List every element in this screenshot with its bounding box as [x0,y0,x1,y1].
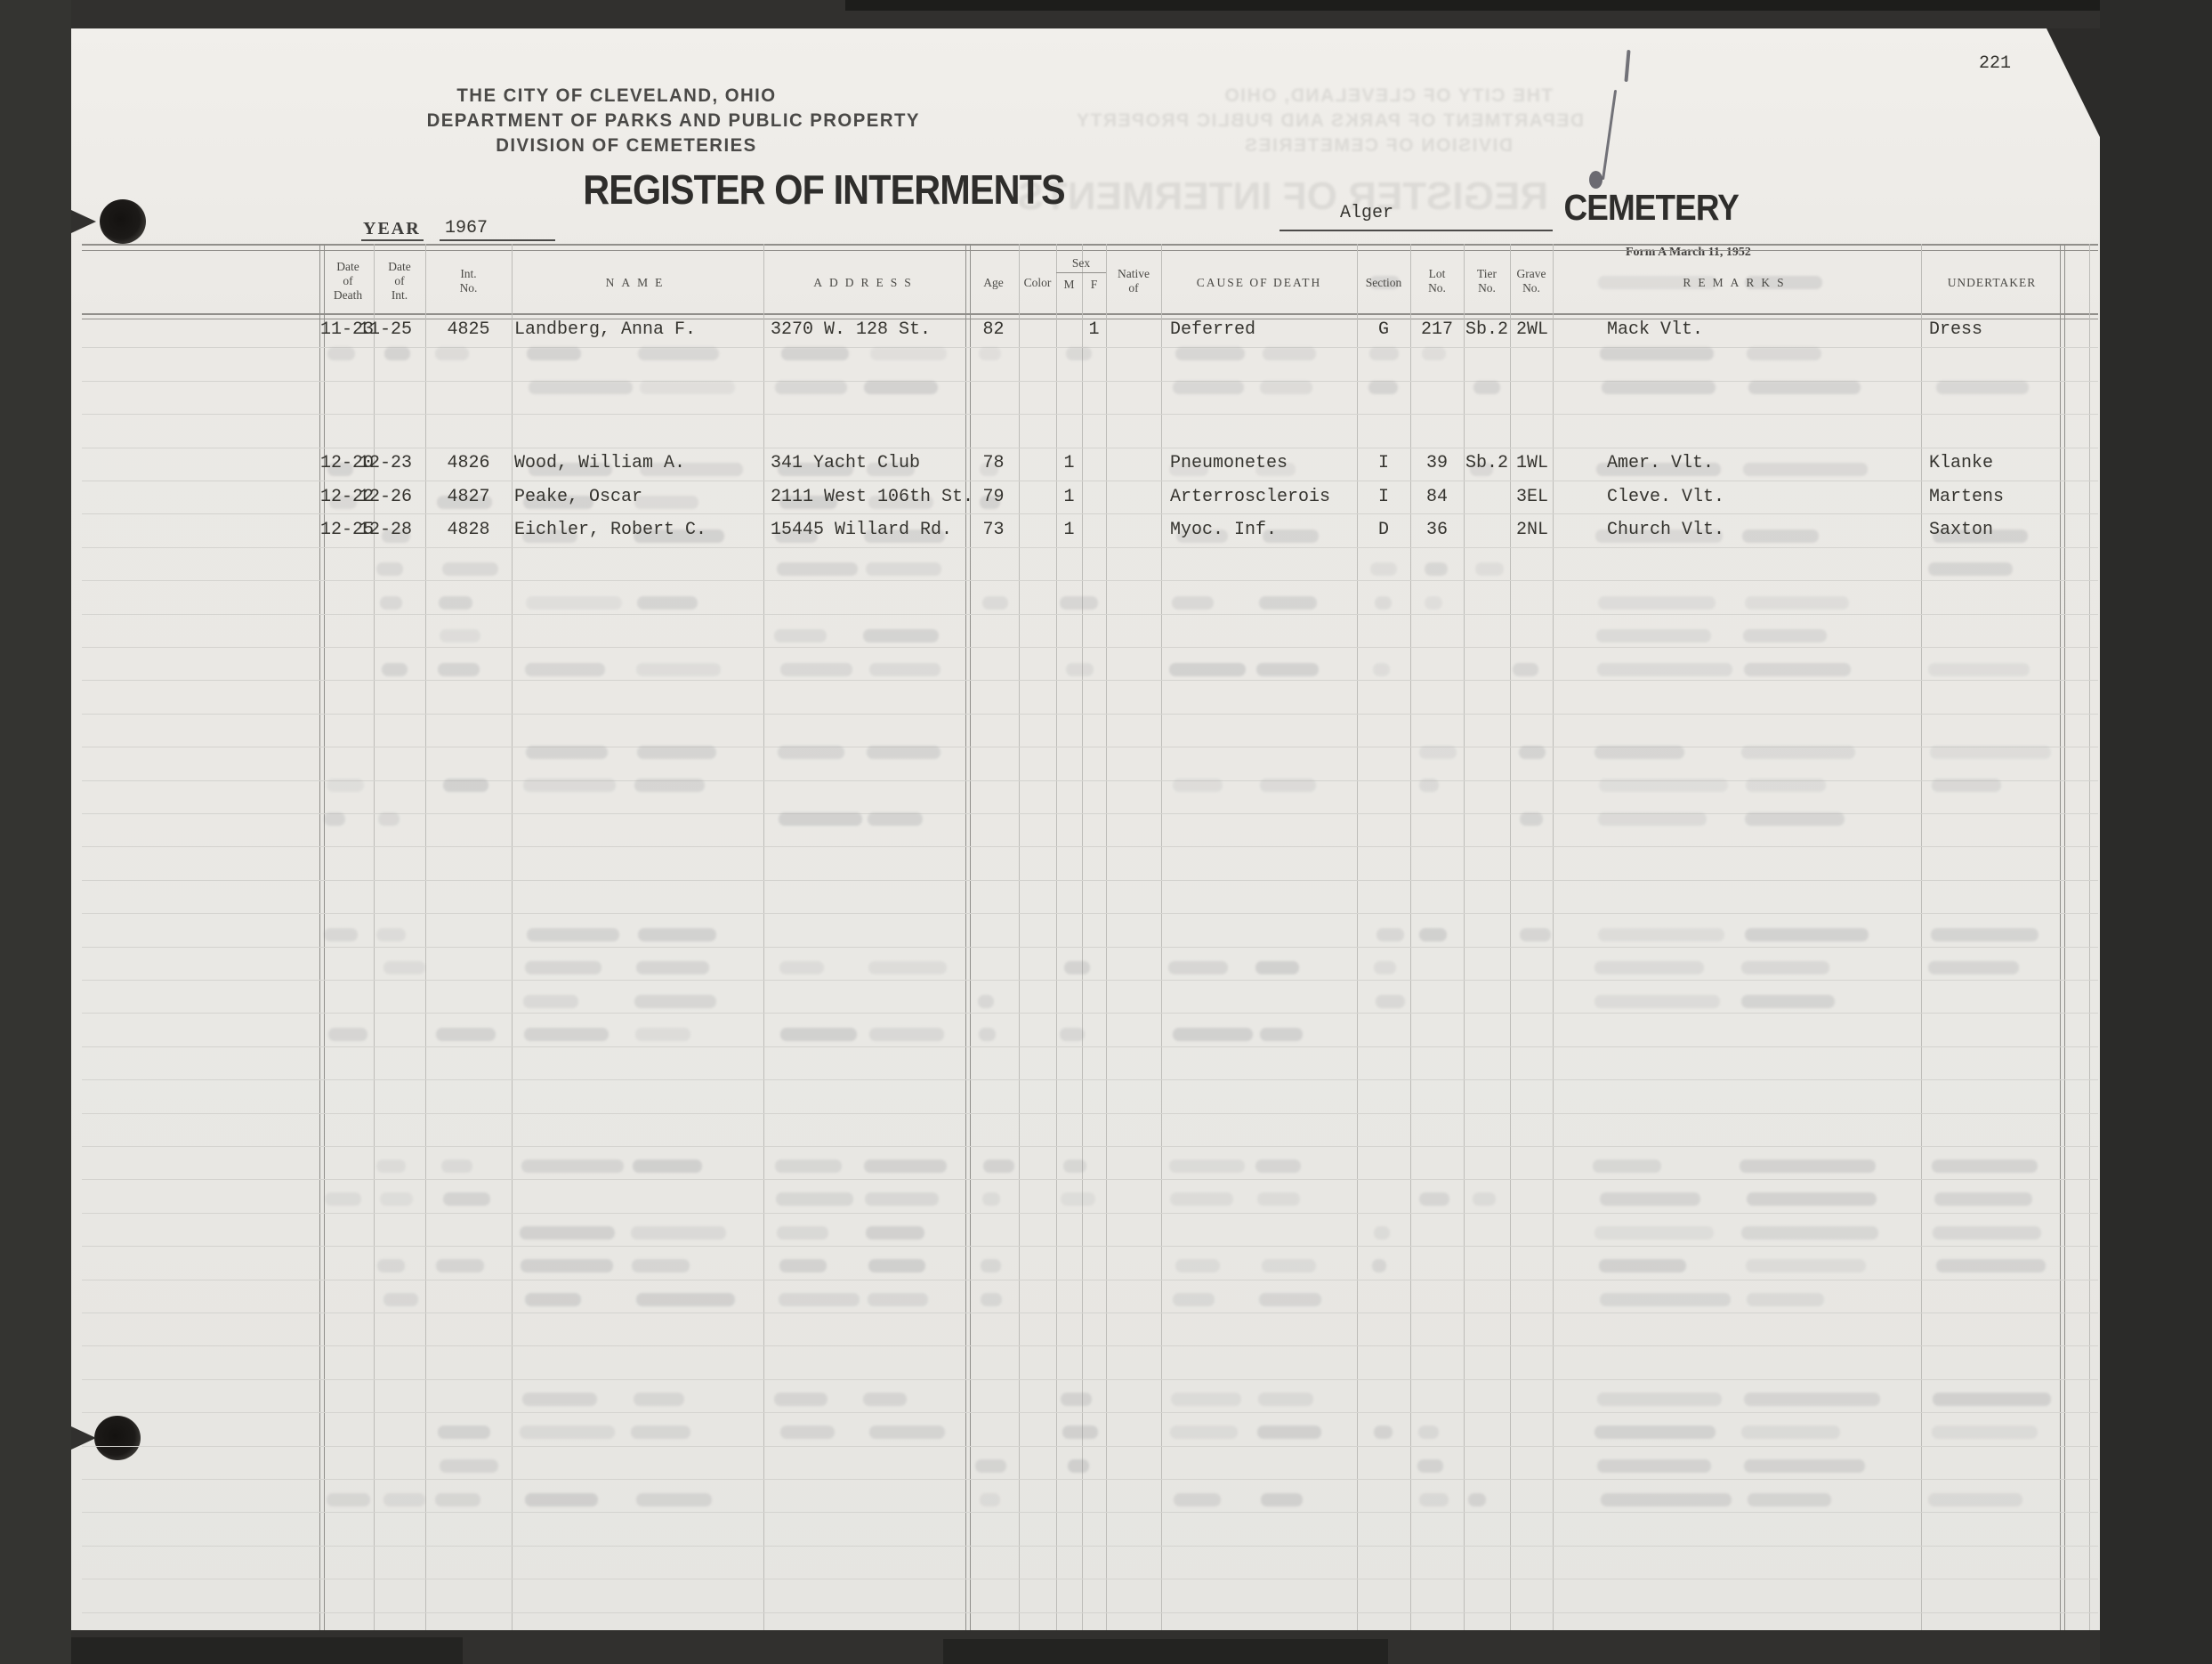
ghost-smudge [1419,779,1439,792]
ghost-smudge [1475,562,1504,576]
ghost-smudge [438,663,480,676]
ghost-smudge [520,1426,615,1439]
ghost-smudge [1170,1426,1238,1439]
cell-int-no: 4826 [425,447,512,481]
ghost-smudge [1601,1493,1732,1506]
ghost-smudge [1936,1259,2046,1272]
cell-undertaker: Martens [1929,481,2063,514]
ghost-smudge [1374,1226,1390,1240]
ghost-smudge [1740,1159,1876,1173]
grid-line [82,1446,2098,1447]
grid-line [82,1579,2098,1579]
grid-line [82,1280,2098,1280]
ghost-smudge [1370,562,1397,576]
cell-int-no: 4825 [425,313,512,347]
ghost-smudge [778,746,844,759]
cell-date-of-int: 11-25 [359,313,421,347]
table-row: 12-22 12-26 4827 Peake, Oscar 2111 West … [0,481,2212,514]
ghost-smudge [383,1493,425,1506]
ghost-smudge [525,961,601,974]
ghost-smudge [637,596,698,610]
grid-line [82,1213,2098,1214]
ghost-smudge [1596,629,1711,642]
ghost-smudge [780,663,852,676]
grid-line [82,647,2098,648]
ghost-agency-line-3: DIVISION OF CEMETERIES [1263,135,1513,157]
ghost-smudge [775,381,847,394]
ghost-smudge [865,1192,939,1206]
ghost-smudge [1933,1393,2051,1406]
head-rule-1a [82,244,2098,246]
cell-name: Eichler, Robert C. [514,513,763,547]
binder-hole-bottom [94,1416,141,1460]
ghost-smudge [1063,1159,1086,1173]
grid-line [82,1612,2098,1613]
ghost-smudge [435,1493,480,1506]
cell-grave-no: 1WL [1510,447,1554,481]
ghost-smudge [1746,779,1826,792]
ghost-smudge [324,928,358,941]
ghost-smudge [636,663,721,676]
column-header-section: Section [1357,276,1410,290]
ghost-smudge [327,347,355,360]
cell-date-of-int: 12-23 [359,447,421,481]
ghost-smudge [981,1293,1002,1306]
ghost-smudge [527,928,619,941]
ghost-smudge [442,562,498,576]
ghost-smudge [1928,663,2030,676]
register-title: REGISTER OF INTERMENTS [583,166,1020,214]
ghost-smudge [1598,812,1707,826]
ghost-smudge [1743,629,1827,642]
ghost-smudge [327,1493,370,1506]
ghost-smudge [527,347,581,360]
ghost-smudge [1594,1226,1714,1240]
ghost-smudge [1932,1426,2038,1439]
ghost-smudge [1255,961,1299,974]
ghost-smudge [1936,381,2029,394]
agency-line-2: DEPARTMENT OF PARKS AND PUBLIC PROPERTY [427,110,807,132]
grid-line [82,913,2098,914]
ghost-smudge [1066,663,1094,676]
ghost-smudge [522,1393,597,1406]
ghost-smudge [869,663,941,676]
ghost-smudge [634,1393,684,1406]
ghost-smudge [1172,596,1214,610]
cell-undertaker: Saxton [1929,513,2063,547]
ghost-smudge [1745,812,1845,826]
cell-date-of-int: 12-28 [359,513,421,547]
ghost-smudge [1369,347,1399,360]
grid-line [82,1479,2098,1480]
cell-tier-no: Sb.2 [1464,313,1510,347]
ghost-smudge [1745,596,1849,610]
ghost-smudge [779,812,862,826]
ghost-smudge [864,381,938,394]
grid-line [82,1412,2098,1413]
grid-line [82,1146,2098,1147]
ghost-smudge [1600,1192,1700,1206]
ghost-smudge [1597,1393,1722,1406]
cell-section: D [1357,513,1410,547]
ghost-smudge [443,779,488,792]
cell-grave-no: 3EL [1510,481,1554,514]
ghost-smudge [1602,381,1716,394]
ghost-smudge [521,1259,613,1272]
ghost-smudge [1168,961,1228,974]
scan-left-band [0,0,71,1664]
ghost-smudge [870,347,947,360]
ghost-smudge [982,1192,1000,1206]
ghost-smudge [435,347,469,360]
ghost-smudge [1744,663,1851,676]
ghost-smudge [521,1159,624,1173]
ghost-smudge [983,1159,1014,1173]
grid-line [82,980,2098,981]
column-header-sex-f: F [1082,278,1106,292]
scan-top-dark-strip [845,0,2212,11]
ghost-smudge [1419,1192,1449,1206]
ghost-smudge [975,1459,1006,1473]
scan-bottom-dark-1 [71,1637,463,1664]
column-header-address: ADDRESS [763,276,968,290]
ghost-smudge [1173,381,1244,394]
cell-tier-no [1464,481,1510,514]
ghost-smudge [774,1393,827,1406]
ghost-smudge [1597,1459,1711,1473]
ghost-smudge [1741,961,1829,974]
ghost-smudge [1061,1393,1092,1406]
ghost-smudge [1594,961,1704,974]
ghost-smudge [1741,1226,1878,1240]
year-label: YEAR [363,219,421,239]
column-header-sex: Sex [1056,256,1106,271]
ghost-smudge [525,1493,598,1506]
cell-age: 78 [968,447,1019,481]
ghost-smudge [383,1293,418,1306]
ghost-smudge [640,381,735,394]
cell-age: 82 [968,313,1019,347]
ghost-smudge [780,1426,835,1439]
cemetery-word: CEMETERY [1564,187,1716,229]
ghost-smudge [523,779,616,792]
ghost-smudge [1928,562,2013,576]
cell-remarks: Amer. Vlt. [1607,447,1909,481]
ghost-smudge [864,1159,947,1173]
ghost-smudge [526,596,622,610]
ghost-smudge [1425,596,1442,610]
ghost-smudge [779,1293,860,1306]
ghost-smudge [1376,928,1404,941]
ghost-smudge [440,629,480,642]
column-header-lot-no: Lot No. [1410,267,1464,295]
ghost-smudge [520,1226,615,1240]
ghost-smudge [981,1259,1001,1272]
ghost-smudge [441,1159,472,1173]
grid-line [82,1313,2098,1313]
ghost-smudge [979,347,1001,360]
ghost-agency-line-1: THE CITY OF CLEVELAND, OHIO [1210,85,1566,107]
grid-line [82,846,2098,847]
cell-sex-m: 1 [1056,481,1082,514]
grid-line [82,1546,2098,1547]
sex-divider-line [1056,272,1106,273]
ghost-smudge [636,1493,712,1506]
column-header-date-of-int: Date of Int. [374,260,425,303]
ghost-smudge [1260,1028,1303,1041]
ghost-smudge [1928,1493,2022,1506]
ghost-smudge [1259,596,1317,610]
ghost-smudge [867,746,941,759]
ghost-smudge [1745,928,1869,941]
ghost-smudge [1060,1028,1085,1041]
grid-line [82,580,2098,581]
column-header-tier-no: Tier No. [1464,267,1510,295]
ghost-agency-line-2: DEPARTMENT OF PARKS AND PUBLIC PROPERTY [1192,110,1584,132]
ghost-smudge [779,1259,827,1272]
head-rule-1b [82,250,2098,251]
ghost-smudge [1261,1493,1303,1506]
ghost-smudge [1171,1393,1241,1406]
ghost-smudge [1741,995,1835,1008]
ghost-smudge [634,779,705,792]
cell-lot-no: 217 [1410,313,1464,347]
ghost-smudge [1417,1459,1443,1473]
column-header-remarks: REMARKS [1553,276,1921,290]
ghost-smudge [633,1159,702,1173]
ghost-smudge [1597,663,1732,676]
year-value: 1967 [445,218,488,238]
table-row: 11-23 11-25 4825 Landberg, Anna F. 3270 … [0,313,2212,347]
ghost-smudge [1175,1259,1220,1272]
ghost-smudge [1741,746,1855,759]
ghost-smudge [1744,1459,1865,1473]
ghost-smudge [777,1226,828,1240]
year-underline-1 [361,239,424,241]
ghost-smudge [1744,1393,1880,1406]
cell-date-of-int: 12-26 [359,481,421,514]
page-number: 221 [1979,53,2011,74]
cell-grave-no: 2NL [1510,513,1554,547]
table-row: 12-25 12-28 4828 Eichler, Robert C. 1544… [0,513,2212,547]
ghost-smudge [1468,1493,1486,1506]
ghost-smudge [638,928,716,941]
column-header-age: Age [968,276,1019,290]
ghost-smudge [436,1259,484,1272]
ghost-smudge [1062,1426,1098,1439]
ghost-smudge [1748,1493,1831,1506]
cell-name: Wood, William A. [514,447,763,481]
ghost-smudge [1520,812,1543,826]
ghost-smudge [1931,928,2038,941]
ghost-smudge [384,347,410,360]
grid-line [82,947,2098,948]
cell-name: Peake, Oscar [514,481,763,514]
cell-cause-of-death: Pneumonetes [1170,447,1361,481]
ghost-smudge [868,961,947,974]
ghost-smudge [525,1293,581,1306]
cell-remarks: Cleve. Vlt. [1607,481,1909,514]
ghost-smudge [1066,347,1092,360]
ghost-smudge [866,562,941,576]
ghost-smudge [1419,1493,1449,1506]
grid-line [82,1046,2098,1047]
ghost-smudge [1419,746,1457,759]
ghost-smudge [631,1426,690,1439]
ghost-smudge [526,746,608,759]
ghost-smudge [436,1028,496,1041]
cell-section: G [1357,313,1410,347]
ghost-smudge [438,1426,490,1439]
ghost-smudge [982,596,1008,610]
ghost-smudge [377,1259,405,1272]
ghost-smudge [523,995,578,1008]
cell-age: 73 [968,513,1019,547]
ghost-smudge [1262,1259,1316,1272]
ghost-smudge [868,1293,928,1306]
ghost-smudge [636,1293,735,1306]
agency-line-1: THE CITY OF CLEVELAND, OHIO [444,85,789,107]
ghost-smudge [1257,1426,1321,1439]
ghost-smudge [1419,928,1447,941]
ghost-smudge [1173,1028,1253,1041]
ghost-smudge [1747,1293,1824,1306]
ghost-smudge [1594,1426,1716,1439]
column-header-color: Color [1017,276,1058,290]
grid-line [82,1246,2098,1247]
ghost-smudge [777,562,858,576]
cemetery-name-underline [1280,230,1553,231]
ghost-smudge [1930,746,2051,759]
ghost-smudge [637,746,716,759]
ghost-smudge [1374,1426,1393,1439]
scan-right-band [2100,0,2212,1664]
column-header-date-of-death: Date of Death [322,260,374,303]
ghost-smudge [383,961,425,974]
cell-grave-no: 2WL [1510,313,1554,347]
grid-line [82,1345,2098,1346]
ghost-smudge [636,961,709,974]
ghost-smudge [524,1028,609,1041]
ghost-smudge [869,1426,945,1439]
grid-line [82,1512,2098,1513]
ghost-smudge [776,1192,853,1206]
ghost-smudge [380,1192,413,1206]
ghost-smudge [978,995,994,1008]
cell-cause-of-death: Myoc. Inf. [1170,513,1361,547]
ghost-smudge [529,381,633,394]
ghost-smudge [376,1159,406,1173]
column-header-int-no: Int. No. [425,267,512,295]
ghost-smudge [1173,779,1223,792]
ghost-smudge [325,1192,361,1206]
cell-remarks: Mack Vlt. [1607,313,1909,347]
ghost-smudge [1060,596,1098,610]
grid-line [82,880,2098,881]
ghost-smudge [1932,1159,2038,1173]
ghost-smudge [1256,663,1319,676]
grid-line [82,1079,2098,1080]
ghost-smudge [525,663,605,676]
ghost-smudge [1257,1192,1300,1206]
grid-line [82,547,2098,548]
ghost-smudge [1519,746,1546,759]
ghost-smudge [380,596,402,610]
table-row: 12-20 12-23 4826 Wood, William A. 341 Ya… [0,447,2212,481]
grid-line [82,680,2098,681]
cell-tier-no [1464,513,1510,547]
ghost-smudge [980,1493,1000,1506]
ghost-smudge [869,1028,944,1041]
ghost-smudge [376,928,406,941]
cell-section: I [1357,481,1410,514]
pen-mark-blob [1589,171,1602,189]
ghost-smudge [1932,779,2001,792]
ghost-smudge [868,1259,925,1272]
cell-undertaker: Klanke [1929,447,2063,481]
ghost-smudge [863,1393,907,1406]
ghost-smudge [439,596,472,610]
cell-address: 15445 Willard Rd. [771,513,970,547]
cell-sex-m: 1 [1056,447,1082,481]
ghost-smudge [774,629,827,642]
cell-section: I [1357,447,1410,481]
ghost-smudge [1473,1192,1496,1206]
ghost-smudge [1748,381,1861,394]
ghost-smudge [1255,1159,1301,1173]
ghost-smudge [1934,1192,2032,1206]
ghost-smudge [779,961,824,974]
grid-line [82,714,2098,715]
cell-undertaker: Dress [1929,313,2063,347]
ghost-smudge [1600,1293,1731,1306]
ghost-smudge [775,1159,842,1173]
cemetery-name: Alger [1340,203,1393,223]
cell-remarks: Church Vlt. [1607,513,1909,547]
grid-line [82,1013,2098,1014]
ghost-smudge [979,1028,996,1041]
ghost-smudge [1418,1426,1439,1439]
ghost-smudge [1928,961,2019,974]
ghost-smudge [632,1259,690,1272]
ghost-smudge [781,347,849,360]
cell-cause-of-death: Deferred [1170,313,1361,347]
ghost-smudge [1594,746,1684,759]
ghost-smudge [634,995,716,1008]
ghost-smudge [1174,1493,1221,1506]
cell-cause-of-death: Arterrosclerois [1170,481,1361,514]
ghost-register-title: REGISTER OF INTERMENTS [1077,174,1548,219]
ghost-smudge [1375,596,1392,610]
ghost-smudge [1593,1159,1661,1173]
ghost-smudge [868,812,923,826]
column-header-sex-m: M [1056,278,1082,292]
ghost-smudge [1599,1259,1686,1272]
ghost-smudge [1747,347,1821,360]
ghost-smudge [635,1028,690,1041]
ghost-smudge [1260,779,1316,792]
cell-address: 2111 West 106th St. [771,481,970,514]
ghost-smudge [1598,928,1724,941]
ghost-smudge [443,1192,490,1206]
ghost-smudge [1374,961,1396,974]
year-underline-2 [440,239,555,241]
ghost-smudge [1260,381,1312,394]
cell-int-no: 4828 [425,513,512,547]
ghost-smudge [1068,1459,1089,1473]
binder-hole-top [100,199,146,244]
form-note: Form A March 11, 1952 [1626,246,1751,260]
